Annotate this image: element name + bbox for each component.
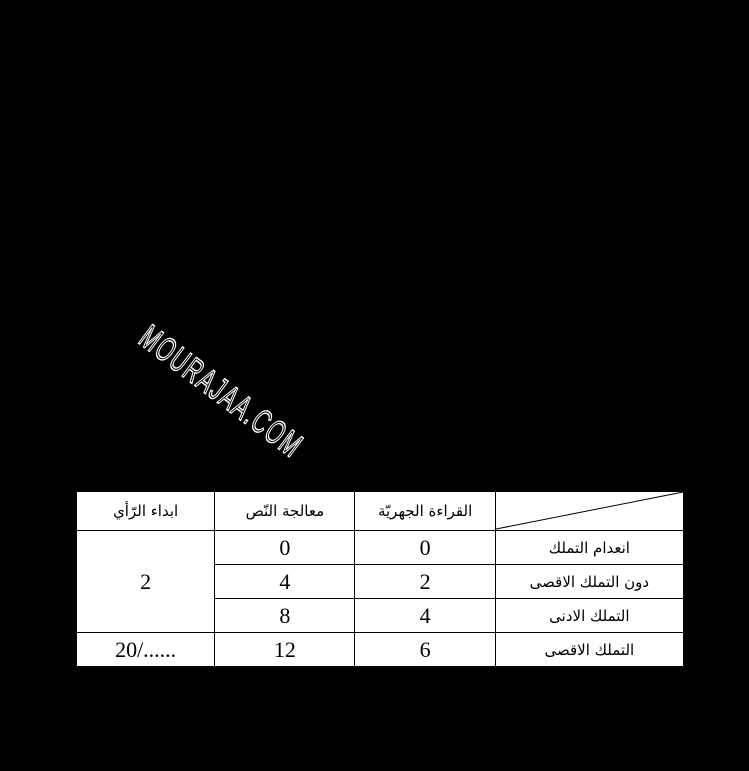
header-text-processing: معالجة النّص [215, 492, 355, 531]
opinion-score: 2 [77, 531, 215, 633]
diagonal-line-icon [496, 492, 683, 530]
header-reading-aloud: القراءة الجهريّة [355, 492, 495, 531]
row-label: التملك الاقصى [495, 633, 683, 667]
reading-score: 6 [355, 633, 495, 667]
row-label: انعدام التملك [495, 531, 683, 565]
row-label: دون التملك الاقصى [495, 565, 683, 599]
watermark-text: MOURAJAA.COM [132, 318, 311, 466]
table-row: التملك الاقصى 6 12 20/...... [77, 633, 684, 667]
header-opinion: ابداء الرّأي [77, 492, 215, 531]
table-row: انعدام التملك 0 0 2 [77, 531, 684, 565]
grading-table: القراءة الجهريّة معالجة النّص ابداء الرّ… [76, 491, 684, 667]
reading-score: 0 [355, 531, 495, 565]
reading-score: 2 [355, 565, 495, 599]
text-processing-score: 0 [215, 531, 355, 565]
text-processing-score: 8 [215, 599, 355, 633]
header-row: القراءة الجهريّة معالجة النّص ابداء الرّ… [77, 492, 684, 531]
text-processing-score: 12 [215, 633, 355, 667]
reading-score: 4 [355, 599, 495, 633]
text-processing-score: 4 [215, 565, 355, 599]
diagonal-header-cell [495, 492, 683, 531]
row-label: التملك الادنى [495, 599, 683, 633]
total-score: 20/...... [77, 633, 215, 667]
